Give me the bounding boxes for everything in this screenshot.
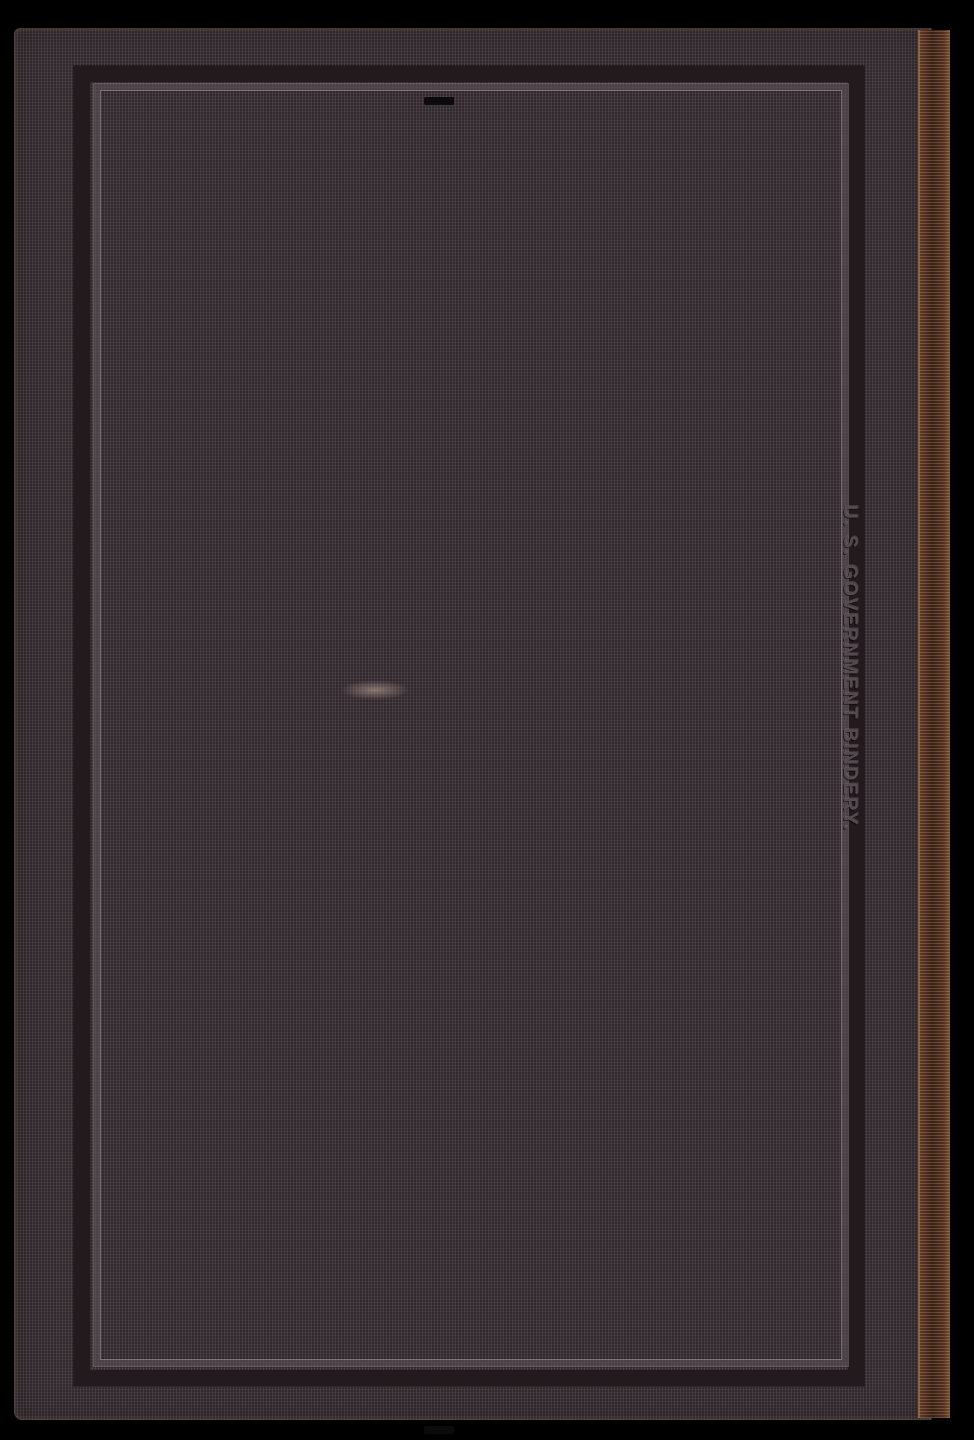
bindery-stamp: U. S. GOVERNMENT BINDERY.: [838, 505, 860, 832]
blind-stamped-inner-border: [100, 90, 842, 1360]
cloth-scuff-mark: [340, 680, 410, 700]
top-notch: [424, 97, 454, 105]
book-spine-edge: [918, 30, 950, 1418]
bottom-notch: [424, 1426, 454, 1434]
